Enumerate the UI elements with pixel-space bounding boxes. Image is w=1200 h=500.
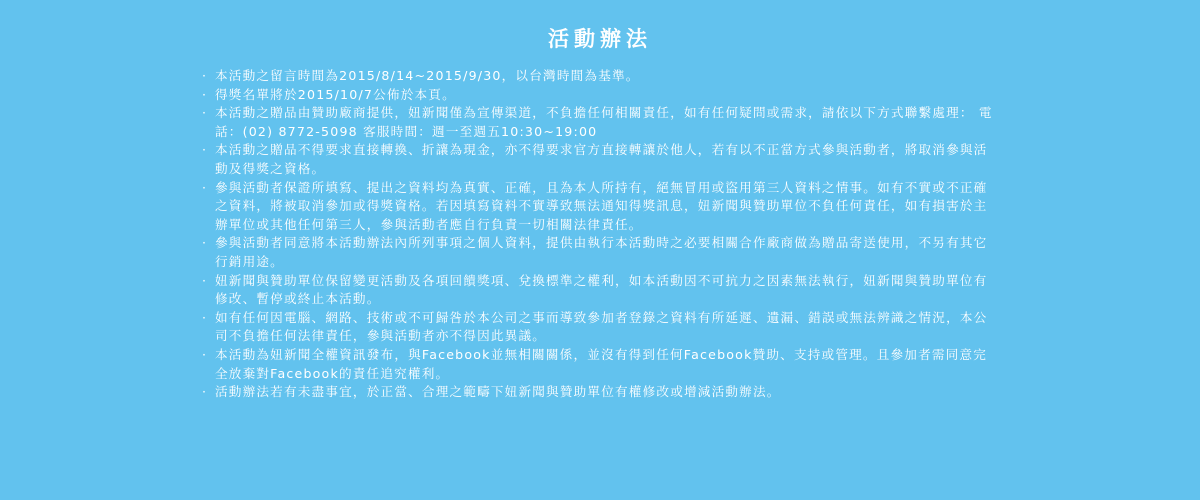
rule-text: 參與活動者保證所填寫、提出之資料均為真實、正確，且為本人所持有，絕無冒用或盜用第…	[215, 180, 987, 232]
rule-item: ·本活動為妞新聞全權資訊發布，與Facebook並無相關關係，並沒有得到任何Fa…	[200, 346, 1000, 383]
rule-text: 活動辦法若有未盡事宜，於正當、合理之範疇下妞新聞與贊助單位有權修改或增減活動辦法…	[215, 384, 781, 399]
rule-item: ·本活動之贈品不得要求直接轉換、折讓為現金，亦不得要求官方直接轉讓於他人，若有以…	[200, 141, 1000, 178]
rule-text: 本活動之留言時間為2015/8/14~2015/9/30，以台灣時間為基準。	[215, 68, 640, 83]
bullet-icon: ·	[202, 272, 207, 291]
rule-item: ·本活動之留言時間為2015/8/14~2015/9/30，以台灣時間為基準。	[200, 67, 1000, 86]
bullet-icon: ·	[202, 104, 207, 123]
bullet-icon: ·	[202, 179, 207, 198]
rule-item: ·參與活動者保證所填寫、提出之資料均為真實、正確，且為本人所持有，絕無冒用或盜用…	[200, 179, 1000, 235]
rule-item: ·妞新聞與贊助單位保留變更活動及各項回饋獎項、兌換標準之權利，如本活動因不可抗力…	[200, 272, 1000, 309]
bullet-icon: ·	[202, 309, 207, 328]
bullet-icon: ·	[202, 67, 207, 86]
bullet-icon: ·	[202, 141, 207, 160]
rule-item: ·本活動之贈品由贊助廠商提供，妞新聞僅為宣傳渠道，不負擔任何相關責任，如有任何疑…	[200, 104, 1000, 141]
rules-list: ·本活動之留言時間為2015/8/14~2015/9/30，以台灣時間為基準。 …	[200, 67, 1000, 402]
rule-text: 本活動之贈品不得要求直接轉換、折讓為現金，亦不得要求官方直接轉讓於他人，若有以不…	[215, 142, 987, 176]
bullet-icon: ·	[202, 234, 207, 253]
rule-item: ·得獎名單將於2015/10/7公佈於本頁。	[200, 86, 1000, 105]
rule-text: 本活動為妞新聞全權資訊發布，與Facebook並無相關關係，並沒有得到任何Fac…	[215, 347, 987, 381]
rule-text: 本活動之贈品由贊助廠商提供，妞新聞僅為宣傳渠道，不負擔任何相關責任，如有任何疑問…	[215, 105, 993, 139]
page-title: 活動辦法	[0, 24, 1200, 54]
rule-item: ·如有任何因電腦、網路、技術或不可歸咎於本公司之事而導致參加者登錄之資料有所延遲…	[200, 309, 1000, 346]
rule-item: ·活動辦法若有未盡事宜，於正當、合理之範疇下妞新聞與贊助單位有權修改或增減活動辦…	[200, 383, 1000, 402]
rule-text: 得獎名單將於2015/10/7公佈於本頁。	[215, 87, 456, 102]
rule-text: 如有任何因電腦、網路、技術或不可歸咎於本公司之事而導致參加者登錄之資料有所延遲、…	[215, 310, 987, 344]
rule-item: ·參與活動者同意將本活動辦法內所列事項之個人資料，提供由執行本活動時之必要相關合…	[200, 234, 1000, 271]
rule-text: 參與活動者同意將本活動辦法內所列事項之個人資料，提供由執行本活動時之必要相關合作…	[215, 235, 987, 269]
rule-text: 妞新聞與贊助單位保留變更活動及各項回饋獎項、兌換標準之權利，如本活動因不可抗力之…	[215, 273, 987, 307]
bullet-icon: ·	[202, 346, 207, 365]
bullet-icon: ·	[202, 86, 207, 105]
activity-rules-page: 活動辦法 ·本活動之留言時間為2015/8/14~2015/9/30，以台灣時間…	[0, 0, 1200, 500]
bullet-icon: ·	[202, 383, 207, 402]
